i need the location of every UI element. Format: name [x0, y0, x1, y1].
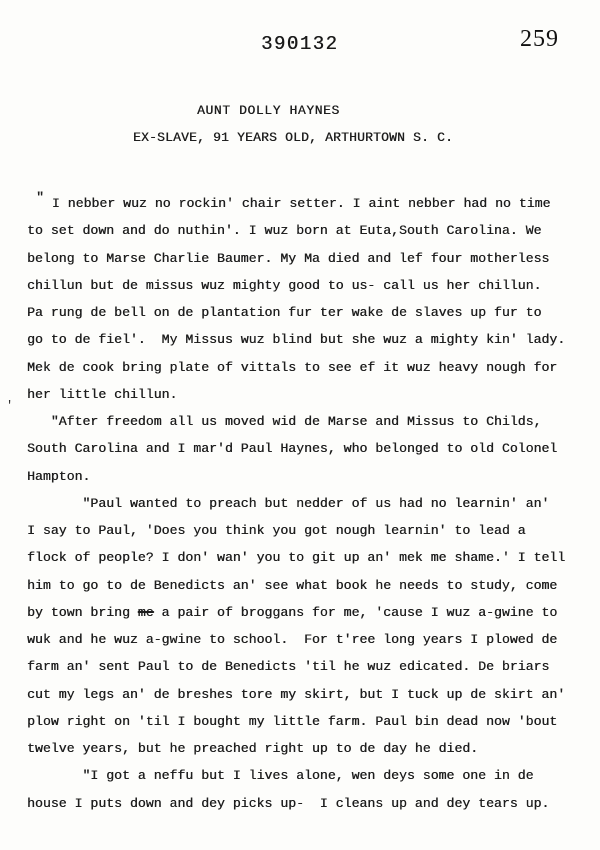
text-line: "I got a neffu but I lives alone, wen de…	[27, 762, 587, 789]
narrative-body: " I nebber wuz no rockin' chair setter. …	[27, 190, 587, 817]
document-stamp-number: 390132	[261, 33, 338, 55]
stray-ink-mark: '	[6, 399, 13, 413]
text-line: South Carolina and I mar'd Paul Haynes, …	[27, 435, 587, 462]
text-line: farm an' sent Paul to de Benedicts 'til …	[27, 653, 587, 680]
text-line: her little chillun.	[27, 381, 587, 408]
text-line: flock of people? I don' wan' you to git …	[27, 544, 587, 571]
text-line: house I puts down and dey picks up- I cl…	[27, 790, 587, 817]
text-line-content: by town bring	[27, 605, 138, 620]
scanned-document-page: 390132 259 AUNT DOLLY HAYNES EX-SLAVE, 9…	[0, 0, 600, 850]
text-line: "Paul wanted to preach but nedder of us …	[27, 490, 587, 517]
text-line: twelve years, but he preached right up t…	[27, 735, 587, 762]
text-line: " I nebber wuz no rockin' chair setter. …	[27, 190, 587, 217]
struck-out-word: me	[138, 605, 154, 620]
text-line: plow right on 'til I bought my little fa…	[27, 708, 587, 735]
text-line: I say to Paul, 'Does you think you got n…	[27, 517, 587, 544]
text-line: cut my legs an' de breshes tore my skirt…	[27, 681, 587, 708]
page-number: 259	[520, 26, 559, 53]
text-line: wuk and he wuz a-gwine to school. For t'…	[27, 626, 587, 653]
raised-open-quote: "	[36, 184, 44, 211]
text-line: him to go to de Benedicts an' see what b…	[27, 572, 587, 599]
text-line: Pa rung de bell on de plantation fur ter…	[27, 299, 587, 326]
text-line: by town bring me a pair of broggans for …	[27, 599, 587, 626]
text-line: go to de fiel'. My Missus wuz blind but …	[27, 326, 587, 353]
text-line: Hampton.	[27, 463, 587, 490]
text-line-content: a pair of broggans for me, 'cause I wuz …	[154, 605, 558, 620]
text-line: chillun but de missus wuz mighty good to…	[27, 272, 587, 299]
text-line: "After freedom all us moved wid de Marse…	[27, 408, 587, 435]
document-title: AUNT DOLLY HAYNES	[197, 103, 340, 118]
text-line: to set down and do nuthin'. I wuz born a…	[27, 217, 587, 244]
text-line: belong to Marse Charlie Baumer. My Ma di…	[27, 245, 587, 272]
text-line: Mek de cook bring plate of vittals to se…	[27, 354, 587, 381]
document-subtitle: EX-SLAVE, 91 YEARS OLD, ARTHURTOWN S. C.	[133, 130, 453, 145]
text-line-content: I nebber wuz no rockin' chair setter. I …	[44, 196, 550, 211]
